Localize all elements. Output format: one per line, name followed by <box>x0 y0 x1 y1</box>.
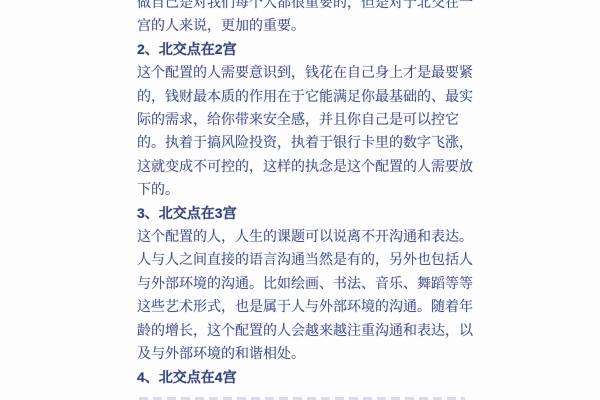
text-line: 这个配置的人，人生的课题可以说离不开沟通和表达。 <box>137 225 489 248</box>
text-line: 这个配置的人需要意识到，钱花在自己身上才是最要紧 <box>137 61 489 84</box>
text-line: 及与外部环境的和谐相处。 <box>137 342 489 365</box>
text-line: 这些艺术形式，也是属于人与外部环境的沟通。随着年 <box>137 295 489 318</box>
text-line: 际的需求，给你带来安全感，并且你自己是可以控它 <box>137 108 489 131</box>
section-heading: 2、北交点在2宫 <box>137 38 489 61</box>
text-line: 人与人之间直接的语言沟通当然是有的，另外也包括人 <box>137 248 489 271</box>
text-line: 的。执着于搞风险投资，执着于银行卡里的数字飞涨， <box>137 131 489 154</box>
text-line: 龄的增长，这个配置的人会越来越注重沟通和表达，以 <box>137 319 489 342</box>
text-line: 宫的人来说，更加的重要。 <box>137 14 489 37</box>
document-page: 做自己是对我们每个人都很重要的，但是对于北交在一宫的人来说，更加的重要。2、北交… <box>0 0 600 400</box>
text-line: 的，钱财最本质的作用在于它能满足你最基础的、最实 <box>137 85 489 108</box>
text-line: 下的。 <box>137 178 489 201</box>
text-line: 这就变成不可控的，这样的执念是这个配置的人需要放 <box>137 155 489 178</box>
text-line: 做自己是对我们每个人都很重要的，但是对于北交在一 <box>137 0 489 14</box>
text-line: 与外部环境的沟通。比如绘画、书法、音乐、舞蹈等等 <box>137 272 489 295</box>
article-text-column: 做自己是对我们每个人都很重要的，但是对于北交在一宫的人来说，更加的重要。2、北交… <box>137 0 489 389</box>
section-heading: 3、北交点在3宫 <box>137 202 489 225</box>
section-heading: 4、北交点在4宫 <box>137 366 489 389</box>
